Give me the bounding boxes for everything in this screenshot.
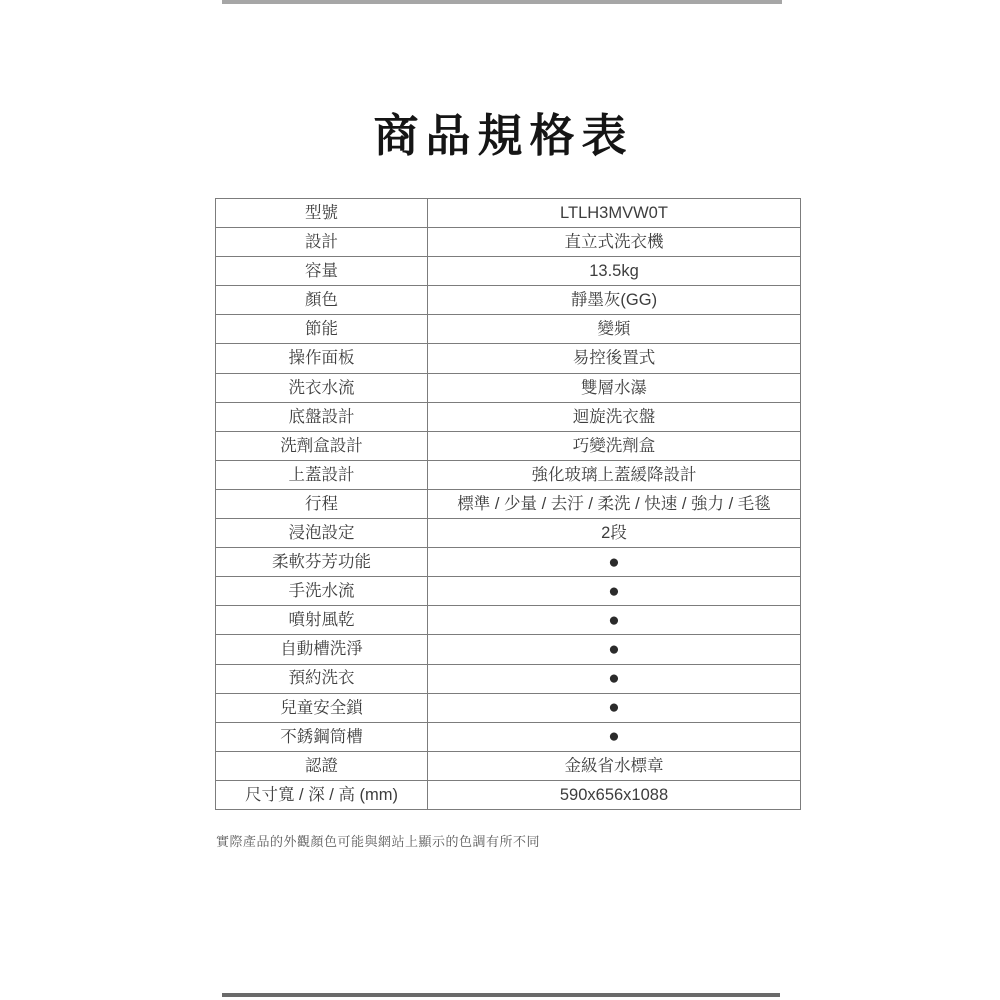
spec-value: 標準 / 少量 / 去汙 / 柔洗 / 快速 / 強力 / 毛毯 [428, 489, 801, 518]
spec-label: 兒童安全鎖 [216, 693, 428, 722]
spec-label: 手洗水流 [216, 577, 428, 606]
spec-label: 不銹鋼筒槽 [216, 722, 428, 751]
spec-value: 雙層水瀑 [428, 373, 801, 402]
spec-value: 直立式洗衣機 [428, 228, 801, 257]
table-row: 顏色靜墨灰(GG) [216, 286, 801, 315]
table-row: 底盤設計迴旋洗衣盤 [216, 402, 801, 431]
feature-filled-circle-icon: ● [428, 664, 801, 693]
spec-value: 易控後置式 [428, 344, 801, 373]
spec-label: 型號 [216, 199, 428, 228]
spec-label: 噴射風乾 [216, 606, 428, 635]
spec-label: 節能 [216, 315, 428, 344]
table-row: 行程標準 / 少量 / 去汙 / 柔洗 / 快速 / 強力 / 毛毯 [216, 489, 801, 518]
feature-filled-circle-icon: ● [428, 693, 801, 722]
table-row: 預約洗衣● [216, 664, 801, 693]
spec-label: 設計 [216, 228, 428, 257]
spec-label: 上蓋設計 [216, 460, 428, 489]
spec-value: 強化玻璃上蓋緩降設計 [428, 460, 801, 489]
table-row: 自動槽洗淨● [216, 635, 801, 664]
page-title: 商品規格表 [0, 106, 1000, 166]
feature-filled-circle-icon: ● [428, 606, 801, 635]
spec-value: 2段 [428, 519, 801, 548]
spec-label: 浸泡設定 [216, 519, 428, 548]
spec-value: 13.5kg [428, 257, 801, 286]
spec-value: 迴旋洗衣盤 [428, 402, 801, 431]
spec-label: 洗衣水流 [216, 373, 428, 402]
table-row: 認證金級省水標章 [216, 751, 801, 780]
spec-label: 顏色 [216, 286, 428, 315]
feature-filled-circle-icon: ● [428, 577, 801, 606]
table-row: 節能變頻 [216, 315, 801, 344]
feature-filled-circle-icon: ● [428, 722, 801, 751]
spec-value: 金級省水標章 [428, 751, 801, 780]
spec-label: 柔軟芬芳功能 [216, 548, 428, 577]
table-row: 容量13.5kg [216, 257, 801, 286]
spec-label: 行程 [216, 489, 428, 518]
table-row: 浸泡設定2段 [216, 519, 801, 548]
color-disclaimer-note: 實際產品的外觀顏色可能與網站上顯示的色調有所不同 [216, 831, 540, 850]
spec-table-body: 型號LTLH3MVW0T設計直立式洗衣機容量13.5kg顏色靜墨灰(GG)節能變… [216, 199, 801, 810]
spec-table: 型號LTLH3MVW0T設計直立式洗衣機容量13.5kg顏色靜墨灰(GG)節能變… [215, 198, 801, 810]
top-divider-bar [222, 0, 782, 4]
table-row: 尺寸寬 / 深 / 高 (mm)590x656x1088 [216, 780, 801, 809]
table-row: 操作面板易控後置式 [216, 344, 801, 373]
spec-value: LTLH3MVW0T [428, 199, 801, 228]
table-row: 柔軟芬芳功能● [216, 548, 801, 577]
product-spec-page: 商品規格表 型號LTLH3MVW0T設計直立式洗衣機容量13.5kg顏色靜墨灰(… [0, 0, 1000, 1000]
spec-value: 靜墨灰(GG) [428, 286, 801, 315]
table-row: 兒童安全鎖● [216, 693, 801, 722]
table-row: 上蓋設計強化玻璃上蓋緩降設計 [216, 460, 801, 489]
feature-filled-circle-icon: ● [428, 635, 801, 664]
spec-label: 底盤設計 [216, 402, 428, 431]
bottom-divider-bar [222, 993, 780, 997]
spec-label: 預約洗衣 [216, 664, 428, 693]
spec-label: 認證 [216, 751, 428, 780]
spec-value: 590x656x1088 [428, 780, 801, 809]
table-row: 手洗水流● [216, 577, 801, 606]
spec-value: 變頻 [428, 315, 801, 344]
spec-label: 容量 [216, 257, 428, 286]
table-row: 洗劑盒設計巧變洗劑盒 [216, 431, 801, 460]
spec-label: 尺寸寬 / 深 / 高 (mm) [216, 780, 428, 809]
spec-label: 洗劑盒設計 [216, 431, 428, 460]
feature-filled-circle-icon: ● [428, 548, 801, 577]
table-row: 噴射風乾● [216, 606, 801, 635]
spec-label: 自動槽洗淨 [216, 635, 428, 664]
table-row: 洗衣水流雙層水瀑 [216, 373, 801, 402]
table-row: 型號LTLH3MVW0T [216, 199, 801, 228]
table-row: 設計直立式洗衣機 [216, 228, 801, 257]
table-row: 不銹鋼筒槽● [216, 722, 801, 751]
spec-value: 巧變洗劑盒 [428, 431, 801, 460]
spec-label: 操作面板 [216, 344, 428, 373]
